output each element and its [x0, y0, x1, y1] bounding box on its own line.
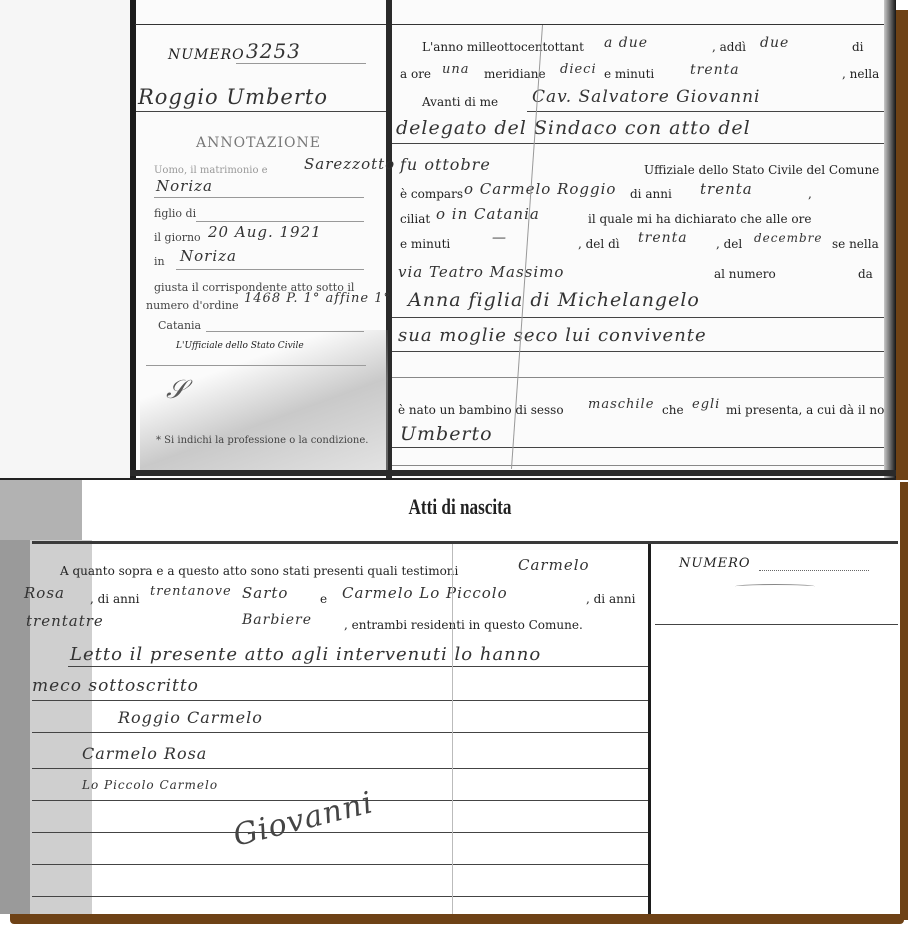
act-handwritten-text: Anna figlia di Michelangelo [408, 289, 700, 311]
frame-shadow-bottom [10, 914, 904, 924]
act-printed-text: A quanto sopra e a questo atto sono stat… [60, 564, 458, 578]
act-rule [392, 465, 884, 466]
act-handwritten-text: Sarto [242, 584, 288, 602]
stub-rule [655, 624, 898, 625]
act-handwritten-text: Lo Piccolo Carmelo [82, 778, 218, 792]
act-printed-text: ciliat [400, 212, 430, 226]
annotation-line-label: Uomo, il matrimonio e [154, 165, 268, 176]
act-printed-text: , del dì [578, 237, 620, 251]
act-printed-text: al numero [714, 267, 776, 281]
act-rule [392, 447, 884, 448]
act-printed-text: da [858, 267, 873, 281]
act-printed-text: mi presenta, a cui dà il nome di [726, 403, 884, 417]
act-printed-text: , di anni [90, 592, 139, 606]
scan-join-line [0, 478, 896, 480]
stub-numero-value: 3253 [246, 39, 301, 63]
act-handwritten-text: egli [692, 397, 720, 412]
scan-gray-margin [0, 480, 82, 540]
act-handwritten-text: Letto il presente atto agli intervenuti … [70, 644, 541, 665]
act-rule [392, 377, 884, 378]
act-handwritten-text: trenta [690, 62, 740, 78]
annotation-line-value: Sarezzotto [304, 155, 395, 173]
act-handwritten-text: due [760, 35, 789, 51]
stub-ornament [735, 584, 815, 589]
annotation-line-value: 20 Aug. 1921 [208, 223, 322, 241]
act-handwritten-text: fu ottobre [400, 155, 491, 174]
act-handwritten-text: trenta [638, 230, 688, 246]
stub-numero-label: NUMERO [679, 556, 751, 571]
act-printed-text: se nella [832, 237, 879, 251]
top-main-act: L'anno milleottocentottant a due , addì … [392, 25, 884, 470]
annotation-line-value: Noriza [156, 177, 213, 195]
officer-signature: Giovanni [230, 785, 377, 853]
annotation-line-label: numero d'ordine [146, 299, 239, 312]
act-rule [32, 700, 648, 701]
bottom-main-act: A quanto sopra e a questo atto sono stat… [32, 544, 648, 914]
page-title: Atti di nascita [359, 494, 562, 520]
act-handwritten-text: trenta [700, 180, 753, 198]
act-printed-text: a ore [400, 67, 431, 81]
act-handwritten-text: o Carmelo Roggio [464, 180, 616, 198]
act-printed-text: è nato un bambino di sesso [398, 403, 564, 417]
act-printed-text: Avanti di me [422, 95, 498, 109]
annotation-rule [154, 197, 364, 198]
stub-surname-name: Roggio Umberto [138, 85, 328, 109]
act-handwritten-text: Cav. Salvatore Giovanni [532, 87, 760, 107]
act-handwritten-text: via Teatro Massimo [398, 263, 564, 281]
stub-footnote: * Si indichi la professione o la condizi… [156, 435, 368, 446]
annotation-line-value: Noriza [180, 247, 237, 265]
bottom-right-stub: NUMERO [651, 544, 898, 914]
stub-numero-dots [236, 63, 366, 64]
annotation-title: ANNOTAZIONE [196, 135, 321, 151]
act-handwritten-text: trentanove [150, 584, 232, 599]
act-printed-text: L'anno milleottocentottant [422, 40, 584, 54]
frame-shadow-right-top [896, 10, 908, 480]
annotation-line-label: figlio di [154, 207, 196, 220]
act-printed-text: , nella [842, 67, 879, 81]
act-rule [68, 666, 648, 667]
annotation-rule [196, 221, 364, 222]
act-rule [32, 896, 648, 897]
act-handwritten-text: Carmelo Lo Piccolo [342, 584, 508, 602]
act-handwritten-text: Barbiere [242, 612, 312, 628]
act-handwritten-text: sua moglie seco lui convivente [398, 325, 707, 346]
act-handwritten-text: delegato del Sindaco con atto del [396, 117, 751, 139]
act-printed-text: , di anni [586, 592, 635, 606]
act-handwritten-text: Umberto [400, 423, 493, 445]
annotation-line-label: in [154, 255, 165, 268]
stub-numero-dots [759, 570, 869, 571]
act-printed-text: e minuti [604, 67, 654, 81]
act-handwritten-text: o in Catania [436, 205, 540, 223]
paper-fold-shadow [140, 330, 388, 470]
act-printed-text: che [662, 403, 684, 417]
act-printed-text: di anni [630, 187, 672, 201]
act-rule [32, 832, 648, 833]
annotation-line-label: il giorno [154, 231, 201, 244]
act-rule [392, 143, 884, 144]
act-rule [392, 317, 884, 318]
annotation-line-value: 1468 P. 1° affine 1° [244, 291, 391, 306]
act-printed-text: , [808, 187, 812, 201]
stub-numero-label: NUMERO [168, 47, 245, 63]
act-rule [32, 864, 648, 865]
act-rule [32, 732, 648, 733]
act-rule [32, 768, 648, 769]
act-rule [527, 111, 884, 112]
act-handwritten-text: meco sottoscritto [32, 676, 199, 696]
top-left-stub: NUMERO 3253 Roggio Umberto ANNOTAZIONE U… [136, 25, 386, 470]
act-handwritten-text: Roggio Carmelo [118, 708, 263, 727]
act-printed-text: è compars [400, 187, 463, 201]
act-handwritten-text: una [442, 62, 470, 77]
act-handwritten-text: Rosa [24, 584, 65, 602]
act-handwritten-text: Carmelo [518, 556, 590, 574]
act-printed-text: , addì [712, 40, 746, 54]
act-printed-text: il quale mi ha dichiarato che alle ore [588, 212, 811, 226]
act-handwritten-text: trentatre [26, 612, 104, 630]
act-handwritten-text: — [492, 230, 507, 246]
act-printed-text: meridiane [484, 67, 546, 81]
top-left-blank-margin [0, 0, 132, 478]
top-right-page-edge [884, 0, 896, 478]
act-printed-text: e minuti [400, 237, 450, 251]
act-printed-text: di [852, 40, 864, 54]
act-rule [392, 351, 884, 352]
act-handwritten-text: dieci [560, 62, 597, 77]
annotation-rule [176, 269, 364, 270]
paper-crease [452, 544, 453, 914]
stub-name-rule [136, 111, 386, 112]
act-handwritten-text: a due [604, 35, 648, 51]
act-handwritten-text: Carmelo Rosa [82, 744, 207, 763]
act-handwritten-text: maschile [588, 397, 654, 412]
act-handwritten-text: decembre [754, 231, 823, 245]
act-printed-text: , del [716, 237, 742, 251]
act-printed-text: e [320, 592, 327, 606]
top-bottom-border [130, 470, 896, 476]
act-printed-text: Uffiziale dello Stato Civile del Comune [644, 163, 879, 177]
act-printed-text: , entrambi residenti in questo Comune. [344, 618, 583, 632]
